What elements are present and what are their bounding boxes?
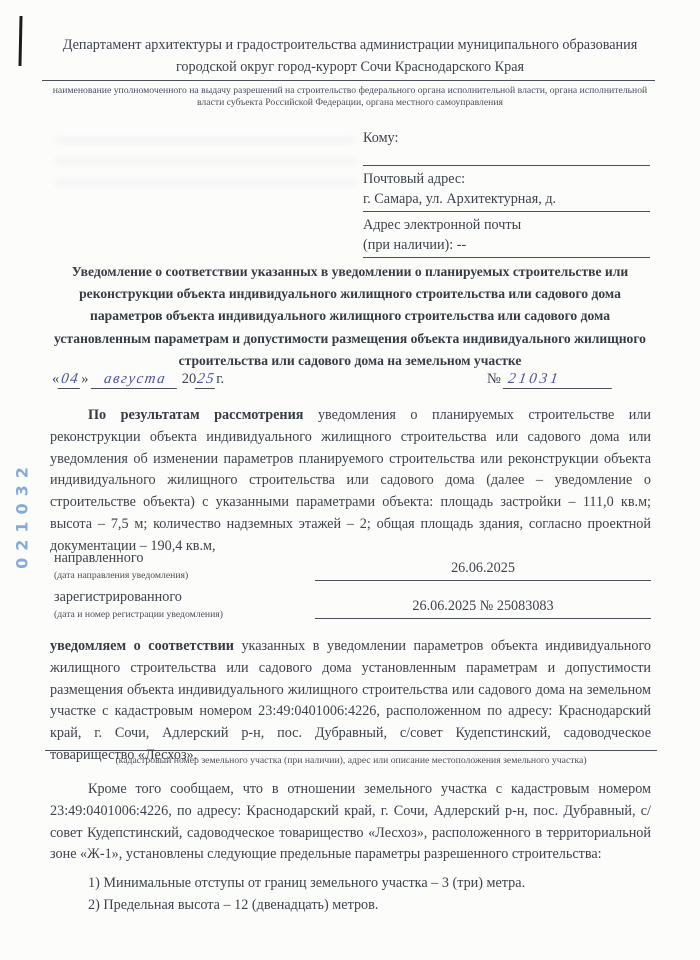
blank-form-number-stamp: 021032 [13, 451, 32, 579]
registered-value: 26.06.2025 № 25083083 [315, 598, 651, 619]
handwritten-document-number: 21031 [503, 371, 615, 389]
handwritten-year-suffix: 25 [195, 371, 218, 389]
recipient-to-label: Кому: [363, 128, 650, 148]
header-rule [42, 80, 655, 81]
paragraph-additional-info: Кроме того сообщаем, что в отношении зем… [50, 779, 651, 866]
document-title: Уведомление о соответствии указанных в у… [50, 261, 650, 372]
paragraph1-text: уведомления о планируемых строительстве … [50, 407, 651, 554]
cadastre-rule [45, 750, 657, 751]
document-number-line: № 21031 [487, 371, 613, 389]
paragraph2-bold-lead: уведомляем о соответствии [50, 638, 234, 654]
recipient-block: Кому: Почтовый адрес: г. Самара, ул. Арх… [363, 128, 650, 258]
paragraph1-bold-lead: По результатам рассмотрения [88, 407, 303, 423]
registered-caption: (дата и номер регистрации уведомления) [54, 609, 223, 621]
header-org-line2: городской округ город-курорт Сочи Красно… [50, 57, 650, 79]
paragraph-review-results: По результатам рассмотрения уведомления … [50, 405, 651, 558]
date-year-prefix: 20 [182, 371, 197, 387]
recipient-postal-value: г. Самара, ул. Архитектурная, д. [363, 189, 650, 212]
recipient-email-label: Адрес электронной почты [363, 215, 650, 235]
document-page: 021032 Департамент архитектуры и градост… [0, 0, 700, 960]
handwritten-month: августа [91, 371, 180, 389]
header-org-line1: Департамент архитектуры и градостроитель… [50, 35, 650, 57]
sent-label: направленного [54, 548, 143, 570]
scan-staple-mark [18, 16, 22, 66]
recipient-name-line [363, 165, 650, 166]
header-org-caption: наименование уполномоченного на выдачу р… [48, 85, 652, 110]
date-line: «04» августа 2025г. [52, 371, 224, 389]
paragraph-compliance-notice: уведомляем о соответствии указанных в ув… [50, 636, 651, 767]
recipient-postal-label: Почтовый адрес: [363, 169, 650, 189]
limit-item-height: 2) Предельная высота – 12 (двенадцать) м… [50, 895, 651, 917]
cadastre-caption: (кадастровый номер земельного участка (п… [45, 755, 657, 767]
handwritten-day: 04 [58, 371, 83, 389]
limit-item-setbacks: 1) Минимальные отступы от границ земельн… [50, 873, 651, 895]
number-label: № [487, 371, 501, 387]
header-org-name: Департамент архитектуры и градостроитель… [50, 35, 650, 79]
paragraph2-text: указанных в уведомлении параметров объек… [50, 638, 651, 763]
recipient-email-value: (при наличии): -- [363, 235, 650, 258]
scan-bleed-through-artifact [55, 126, 355, 186]
registered-label: зарегистрированного [54, 587, 182, 609]
sent-caption: (дата направления уведомления) [54, 570, 188, 582]
date-year-unit: г. [216, 371, 224, 387]
sent-date-value: 26.06.2025 [315, 560, 651, 581]
date-close-quote: » [81, 371, 88, 387]
